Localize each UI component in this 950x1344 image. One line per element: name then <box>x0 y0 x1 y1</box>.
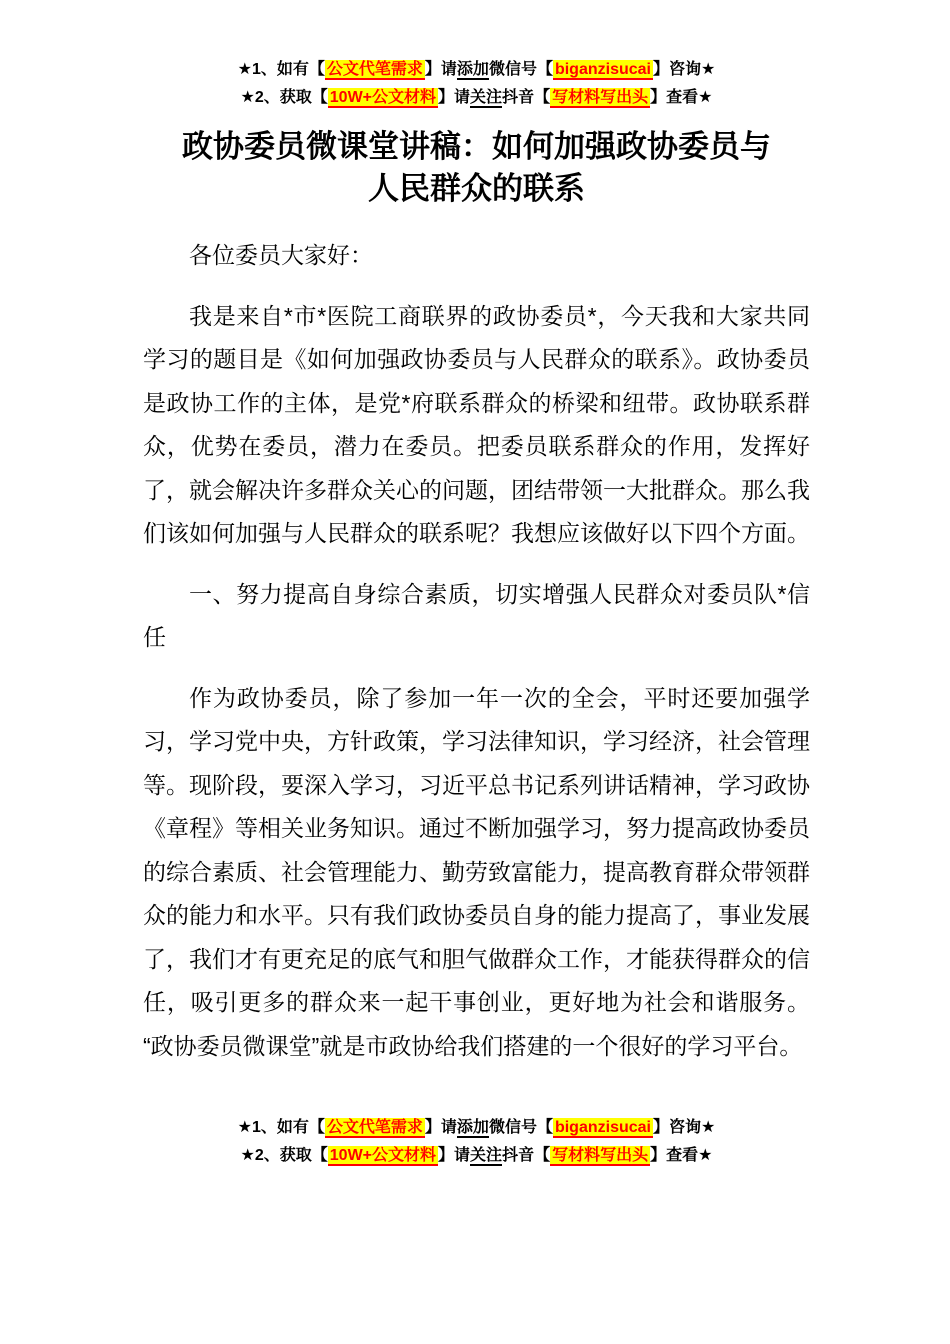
paragraph-section-heading-1: 一、努力提高自身综合素质，切实增强人民群众对委员队*信任 <box>143 573 810 660</box>
banner-segment: 】请 <box>438 1147 470 1164</box>
banner-segment: 】请 <box>438 89 470 106</box>
banner-highlight-materials: 10W+公文材料 <box>328 88 438 108</box>
banner-douyin-name: 写材料写出头 <box>550 88 650 108</box>
banner-segment: 】请 <box>425 1119 457 1136</box>
document-body: 各位委员大家好： 我是来自*市*医院工商联界的政协委员*，今天我和大家共同学习的… <box>143 234 810 1068</box>
banner-douyin-name: 写材料写出头 <box>550 1146 650 1166</box>
banner-segment: ★1、如有【 <box>238 1119 325 1136</box>
banner-segment: ★1、如有【 <box>238 61 325 78</box>
banner-wechat-id: biganzisucai <box>553 60 653 80</box>
document-page: ★1、如有【公文代笔需求】请添加微信号【biganzisucai】咨询★ ★2、… <box>0 0 950 1344</box>
banner-highlight-materials: 10W+公文材料 <box>328 1146 438 1166</box>
banner-highlight-service: 公文代笔需求 <box>325 60 425 80</box>
banner-segment: 】查看★ <box>650 89 712 106</box>
banner-segment: 抖音【 <box>502 1147 550 1164</box>
promo-banner-line-2: ★2、获取【10W+公文材料】请关注抖音【写材料写出头】查看★ <box>143 1142 810 1170</box>
promo-banner-line-1: ★1、如有【公文代笔需求】请添加微信号【biganzisucai】咨询★ <box>143 56 810 84</box>
paragraph-intro: 我是来自*市*医院工商联界的政协委员*，今天我和大家共同学习的题目是《如何加强政… <box>143 295 810 556</box>
paragraph-greeting: 各位委员大家好： <box>143 234 810 278</box>
banner-segment: ★2、获取【 <box>241 1147 328 1164</box>
paragraph-section-1-content: 作为政协委员，除了参加一年一次的全会，平时还要加强学习，学习党中央，方针政策，学… <box>143 677 810 1069</box>
promo-banner-line-2: ★2、获取【10W+公文材料】请关注抖音【写材料写出头】查看★ <box>143 84 810 112</box>
banner-underline-add: 添加 <box>457 1119 489 1138</box>
promo-banner-line-1: ★1、如有【公文代笔需求】请添加微信号【biganzisucai】咨询★ <box>143 1114 810 1142</box>
banner-segment: 抖音【 <box>502 89 550 106</box>
banner-segment: 微信号【 <box>489 1119 553 1136</box>
banner-segment: 】咨询★ <box>653 61 715 78</box>
document-title-line-1: 政协委员微课堂讲稿：如何加强政协委员与 <box>143 126 810 168</box>
banner-underline-follow: 关注 <box>470 89 502 108</box>
banner-segment: 】查看★ <box>650 1147 712 1164</box>
banner-segment: 微信号【 <box>489 61 553 78</box>
banner-wechat-id: biganzisucai <box>553 1118 653 1138</box>
banner-highlight-service: 公文代笔需求 <box>325 1118 425 1138</box>
banner-segment: ★2、获取【 <box>241 89 328 106</box>
banner-underline-add: 添加 <box>457 61 489 80</box>
promo-banner-top: ★1、如有【公文代笔需求】请添加微信号【biganzisucai】咨询★ ★2、… <box>143 56 810 112</box>
banner-underline-follow: 关注 <box>470 1147 502 1166</box>
banner-segment: 】请 <box>425 61 457 78</box>
document-title: 政协委员微课堂讲稿：如何加强政协委员与 人民群众的联系 <box>143 126 810 210</box>
banner-segment: 】咨询★ <box>653 1119 715 1136</box>
promo-banner-bottom: ★1、如有【公文代笔需求】请添加微信号【biganzisucai】咨询★ ★2、… <box>143 1114 810 1170</box>
document-title-line-2: 人民群众的联系 <box>143 168 810 210</box>
